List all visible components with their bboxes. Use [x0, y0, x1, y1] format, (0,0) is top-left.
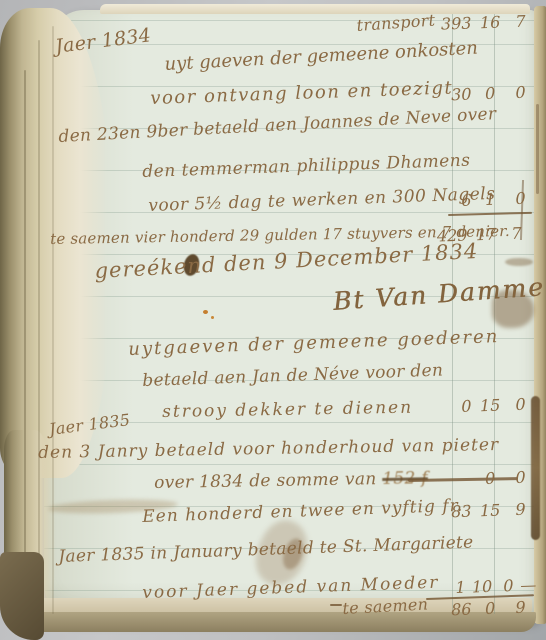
- page-top-edge: [100, 4, 530, 14]
- amount-gulden: 30: [428, 84, 474, 105]
- amount-deniers: 0: [506, 394, 534, 414]
- amount-deniers: 9: [506, 597, 534, 617]
- entry-neve-amount: 6 1 0: [428, 188, 535, 211]
- total-amount: 86 0 9: [428, 597, 535, 620]
- amount-gulden: 6: [428, 190, 474, 211]
- amount-stuivers: 0: [473, 468, 507, 488]
- amount-gulden: [428, 469, 474, 490]
- amount-deniers: 0: [506, 188, 534, 208]
- amount-gulden: 393: [428, 13, 474, 34]
- amount-deniers: 9: [506, 499, 534, 519]
- page-edge-crease: [24, 70, 26, 590]
- amount-gulden: 83: [428, 501, 474, 522]
- entry-text: over 1834 de somme van: [154, 469, 377, 493]
- book-fore-edge: [534, 6, 546, 624]
- amount-stuivers: 15: [473, 395, 507, 415]
- amount-deniers: 7: [506, 11, 534, 31]
- amount-stuivers: 10: [467, 577, 497, 597]
- amount-deniers: 0: [496, 576, 520, 596]
- photo-of-ledger-book: transport 393 16 7 Jaer 1834 uyt gaeven …: [0, 0, 546, 640]
- amount-deniers: 0: [506, 82, 534, 102]
- amount-gulden: 86: [428, 599, 474, 620]
- amount-stuivers: 0: [473, 83, 507, 103]
- amount-gulden: 0: [428, 396, 474, 417]
- amount-stuivers: 16: [473, 12, 507, 32]
- amount-stuivers: 1: [473, 189, 507, 209]
- total-leading-dash: [330, 604, 342, 606]
- transport-amount: 393 16 7: [428, 11, 535, 34]
- page-edge-crease: [52, 26, 54, 614]
- book-cover-corner: [0, 552, 44, 640]
- amount-gulden: 1: [428, 578, 468, 598]
- entry-ontvang-amount: 30 0 0: [428, 82, 535, 105]
- amount-deniers: 7: [502, 223, 530, 243]
- amount-stuivers: 15: [473, 500, 507, 520]
- entry-onderhoud-amount: 0 0: [428, 467, 535, 490]
- trailing-dash: —: [520, 575, 535, 594]
- amount-deniers: 0: [506, 467, 534, 487]
- page-edge-crease: [38, 40, 40, 606]
- entry-jan-neve-amount: 0 15 0: [428, 394, 535, 417]
- entry-onderhoud3-amount: 83 15 9: [428, 499, 535, 522]
- amount-stuivers: 0: [473, 598, 507, 618]
